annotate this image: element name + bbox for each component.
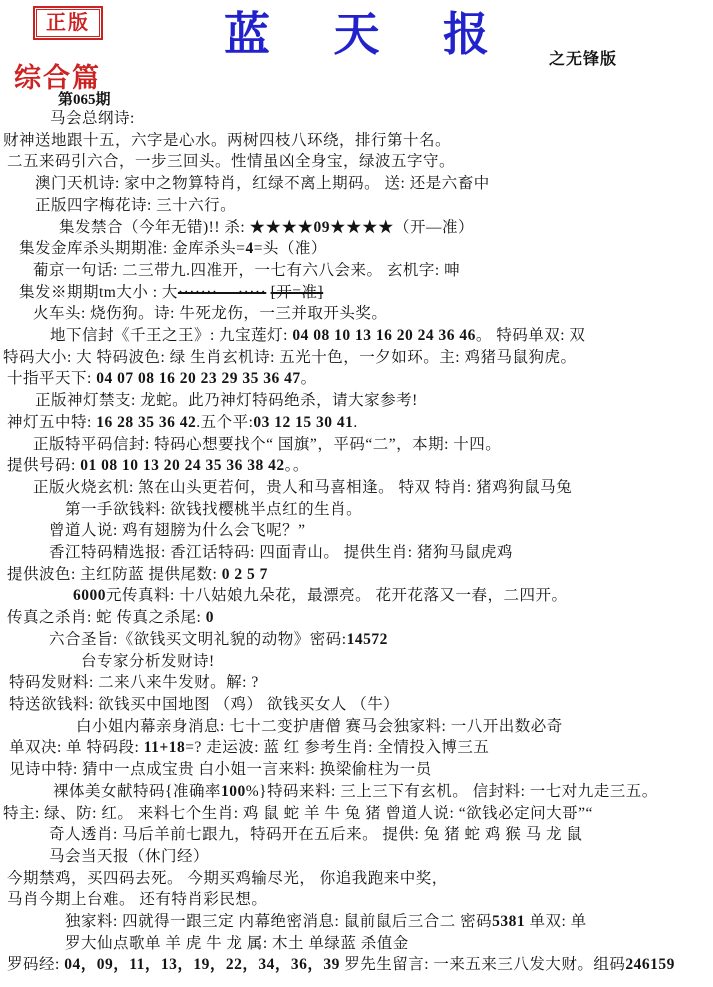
- text-line: 特主: 绿、防: 红。 来料七个生肖: 鸡 鼠 蛇 羊 牛 兔 猪 曾道人说: …: [3, 803, 710, 825]
- text-line: 地下信封《千王之王》: 九宝莲灯: 04 08 10 13 16 20 24 3…: [50, 325, 710, 347]
- text-line: 白小姐内幕亲身消息: 七十二变护唐僧 赛马会独家料: 一八开出数必奇: [76, 716, 710, 738]
- text-line: 神灯五中特: 16 28 35 36 42.五个平:03 12 15 30 41…: [7, 412, 710, 434]
- text-line: 特码大小: 大 特码波色: 绿 生肖玄机诗: 五光十色，一夕如环。主: 鸡猪马鼠…: [3, 347, 710, 369]
- text-line: 特码发财料: 二来八来牛发财。解: ?: [9, 672, 710, 694]
- text-line: 二五来码引六合，一步三回头。性情虽凶全身宝，绿波五字守。: [7, 151, 710, 173]
- text-line: 裸体美女献特码{准确率100%}特码来料: 三上三下有玄机。 信封料: 一七对九…: [53, 781, 710, 803]
- text-line: 正版四字梅花诗: 三十六行。: [35, 195, 710, 217]
- text-line: 罗大仙点歌单 羊 虎 牛 龙 属: 木土 单绿蓝 杀值金: [65, 933, 710, 955]
- text-line: 马肖今期上台难。 还有特肖彩民想。: [7, 889, 710, 911]
- text-line: 集发金库杀头期期准: 金库杀头=4=头（准）: [19, 238, 710, 260]
- text-line: 财神送地跟十五，六字是心水。两树四枝八环绕，排行第十名。: [3, 130, 710, 152]
- text-line: 十指平天下: 04 07 08 16 20 23 29 35 36 47。: [7, 368, 710, 390]
- text-line: 单双决: 单 特码段: 11+18=? 走运波: 蓝 红 参考生肖: 全情投入博…: [9, 737, 710, 759]
- text-line: 火车头: 烧伤狗。诗: 牛死龙伤，一三并取开头奖。: [33, 303, 710, 325]
- text-line: 香江特码精选报: 香江话特码: 四面青山。 提供生肖: 猪狗马鼠虎鸡: [49, 542, 710, 564]
- text-line: 台专家分析发财诗!: [81, 651, 710, 673]
- text-line: 集发※期期tm大小 : 大·······― ····· [开=准]: [19, 282, 710, 304]
- text-line: 特送欲钱料: 欲钱买中国地图 （鸡） 欲钱买女人 （牛）: [9, 694, 710, 716]
- text-line: 正版火烧玄机: 煞在山头更若何，贵人和马喜相逢。 特双 特肖: 猪鸡狗鼠马兔: [33, 477, 710, 499]
- text-line: 提供号码: 01 08 10 13 20 24 35 36 38 42。。: [7, 455, 710, 477]
- text-line: 正版神灯禁支: 龙蛇。此乃神灯特码绝杀，请大家参考!: [35, 390, 710, 412]
- body-lines: 马会总纲诗:财神送地跟十五，六字是心水。两树四枝八环绕，排行第十名。二五来码引六…: [3, 108, 710, 976]
- text-line: 曾道人说: 鸡有翅膀为什么会飞呢？”: [49, 520, 710, 542]
- text-line: 葡京一句话: 二三带九.四准开，一七有六八会来。 玄机字: 呻: [33, 260, 710, 282]
- text-line: 6000元传真料: 十八姑娘九朵花，最漂亮。 花开花落又一春，二四开。: [73, 585, 710, 607]
- text-line: 正版特平码信封: 特码心想要找个“ 国旗”，平码“二”，本期: 十四。: [33, 434, 710, 456]
- text-line: 见诗中特: 猜中一点成宝贵 白小姐一言来料: 换梁偷柱为一员: [9, 759, 710, 781]
- text-line: 马会总纲诗:: [50, 108, 710, 130]
- text-line: 六合圣旨:《欲钱买文明礼貌的动物》密码:14572: [49, 629, 710, 651]
- text-line: 今期禁鸡，买四码去死。 今期买鸡输尽光， 你追我跑来中奖，: [7, 868, 710, 890]
- text-line: 提供波色: 主红防蓝 提供尾数: 0 2 5 7: [7, 564, 710, 586]
- newspaper-page: 正版 蓝 天 报 之无锋版 综合篇 第065期 马会总纲诗:财神送地跟十五，六字…: [0, 0, 713, 987]
- text-line: 第一手欲钱料: 欲钱找樱桃半点红的生肖。: [65, 499, 710, 521]
- edition-label: 之无锋版: [549, 46, 617, 69]
- text-line: 澳门天机诗: 家中之物算特肖，红绿不离上期码。 送: 还是六畜中: [35, 173, 710, 195]
- text-line: 传真之杀肖: 蛇 传真之杀尾: 0: [7, 607, 710, 629]
- issue-number: 第065期: [58, 88, 111, 109]
- text-line: 罗码经: 04，09，11，13，19，22，34，36，39 罗先生留言: 一…: [7, 954, 710, 976]
- text-line: 集发禁合（今年无错)!! 杀: ★★★★09★★★★（开—准）: [59, 217, 710, 239]
- text-line: 奇人透肖: 马后羊前七跟九，特码开在五后来。 提供: 兔 猪 蛇 鸡 猴 马 龙…: [49, 824, 710, 846]
- text-line: 马会当天报（休门经）: [49, 846, 710, 868]
- text-line: 独家料: 四就得一跟三定 内幕绝密消息: 鼠前鼠后三合二 密码5381 单双: …: [65, 911, 710, 933]
